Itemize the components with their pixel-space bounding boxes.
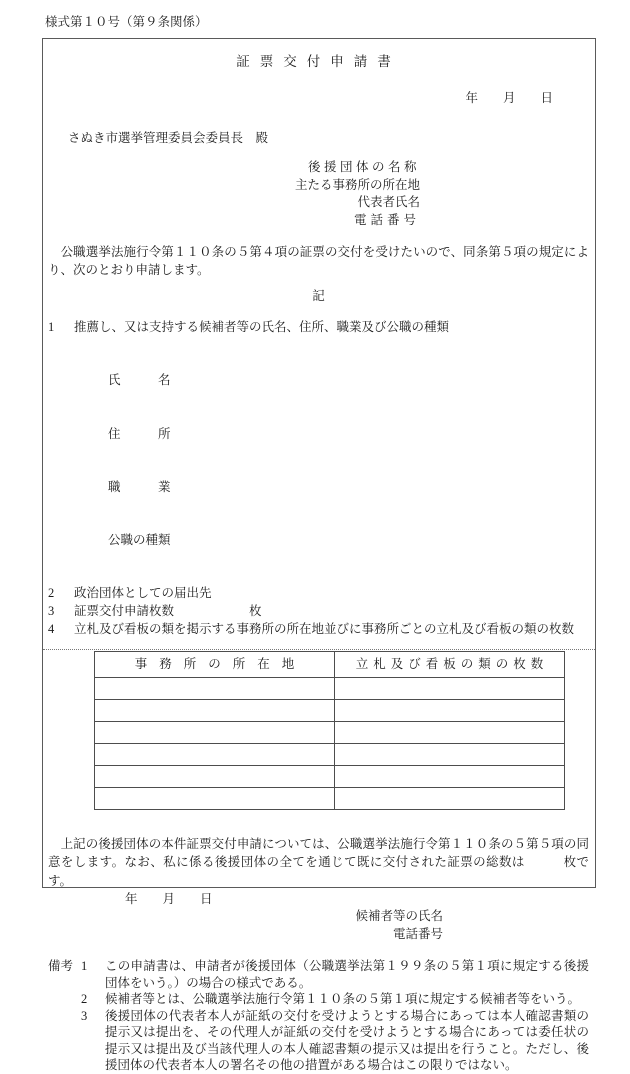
consent-section: 上記の後援団体の本件証票交付申請については、公職選挙法施行令第１１０条の５第５項… bbox=[48, 835, 589, 944]
list-item-text: 政治団体としての届出先 bbox=[74, 585, 589, 603]
remark-item: 2 候補者等とは、公職選挙法施行令第１１０条の５第１項に規定する候補者等をいう。 bbox=[81, 991, 589, 1008]
table-empty-cell bbox=[95, 743, 335, 765]
consent-body: 上記の後援団体の本件証票交付申請については、公職選挙法施行令第１１０条の５第５項… bbox=[48, 835, 589, 891]
section-marker: 記 bbox=[48, 287, 589, 305]
table-empty-row bbox=[95, 787, 565, 809]
applicant-block: 後援団体の名称 主たる事務所の所在地 代表者氏名 電話番号 bbox=[48, 159, 420, 229]
list-item-text: 立札及び看板の類を掲示する事務所の所在地並びに事務所ごとの立札及び看板の類の枚数 bbox=[74, 621, 589, 639]
list-item: 1 推薦し、又は支持する候補者等の氏名、住所、職業及び公職の種類 bbox=[48, 319, 589, 337]
list-item-number: 3 bbox=[48, 603, 74, 621]
list-item-number: 1 bbox=[48, 319, 74, 337]
document-sheet: 証票交付申請書 年 月 日 さぬき市選挙管理委員会委員長 殿 後援団体の名称 主… bbox=[42, 38, 596, 888]
table-header-office: 事務所の所在地 bbox=[95, 651, 335, 677]
name-label: 氏 名 bbox=[108, 372, 589, 390]
address-label: 住 所 bbox=[108, 426, 589, 444]
candidate-name-label: 候補者等の氏名 bbox=[48, 908, 443, 926]
table-empty-cell bbox=[95, 765, 335, 787]
applicant-phone-label: 電話番号 bbox=[48, 212, 420, 230]
list-item: 4 立札及び看板の類を掲示する事務所の所在地並びに事務所ごとの立札及び看板の類の… bbox=[48, 621, 589, 639]
signboard-table-body bbox=[95, 677, 565, 809]
table-header-count: 立札及び看板の類の枚数 bbox=[335, 651, 565, 677]
table-empty-row bbox=[95, 765, 565, 787]
remark-number: 1 bbox=[81, 958, 105, 991]
list-item-text: 証票交付申請枚数 枚 bbox=[74, 603, 589, 621]
table-empty-cell bbox=[335, 721, 565, 743]
group-name-label: 後援団体の名称 bbox=[48, 159, 420, 177]
table-empty-cell bbox=[95, 787, 335, 809]
remarks-label: 備考 bbox=[48, 958, 81, 1074]
public-office-label: 公職の種類 bbox=[108, 532, 589, 550]
dashed-divider bbox=[43, 649, 595, 650]
remark-text: この申請書は、申請者が後援団体（公職選挙法第１９９条の５第１項に規定する後援団体… bbox=[105, 958, 589, 991]
table-empty-cell bbox=[335, 743, 565, 765]
remark-text: 候補者等とは、公職選挙法施行令第１１０条の５第１項に規定する候補者等をいう。 bbox=[105, 991, 589, 1008]
remarks-section: 備考 1 この申請書は、申請者が後援団体（公職選挙法第１９９条の５第１項に規定す… bbox=[48, 958, 589, 1074]
table-empty-cell bbox=[335, 699, 565, 721]
table-empty-row bbox=[95, 699, 565, 721]
list-item-number: 2 bbox=[48, 585, 74, 603]
consent-sign-block: 候補者等の氏名 電話番号 bbox=[48, 908, 443, 943]
remark-text: 後援団体の代表者本人が証紙の交付を受けようとする場合にあっては本人確認書類の提示… bbox=[105, 1008, 589, 1074]
table-empty-row bbox=[95, 743, 565, 765]
candidate-sub-labels: 氏 名 住 所 職 業 公職の種類 bbox=[108, 337, 589, 586]
document-title: 証票交付申請書 bbox=[48, 53, 589, 71]
remark-item: 1 この申請書は、申請者が後援団体（公職選挙法第１９９条の５第１項に規定する後援… bbox=[81, 958, 589, 991]
remark-number: 3 bbox=[81, 1008, 105, 1074]
remark-item: 3 後援団体の代表者本人が証紙の交付を受けようとする場合にあっては本人確認書類の… bbox=[81, 1008, 589, 1074]
table-empty-cell bbox=[95, 677, 335, 699]
remark-number: 2 bbox=[81, 991, 105, 1008]
list-item: 2 政治団体としての届出先 bbox=[48, 585, 589, 603]
date-line: 年 月 日 bbox=[48, 89, 553, 107]
consent-phone-label: 電話番号 bbox=[48, 926, 443, 944]
signboard-table: 事務所の所在地 立札及び看板の類の枚数 bbox=[94, 651, 565, 810]
list-item-text: 推薦し、又は支持する候補者等の氏名、住所、職業及び公職の種類 bbox=[74, 319, 589, 337]
representative-label: 代表者氏名 bbox=[48, 194, 420, 212]
table-empty-cell bbox=[335, 677, 565, 699]
application-items: 1 推薦し、又は支持する候補者等の氏名、住所、職業及び公職の種類 氏 名 住 所… bbox=[48, 319, 589, 639]
table-empty-cell bbox=[95, 699, 335, 721]
table-empty-row bbox=[95, 721, 565, 743]
occupation-label: 職 業 bbox=[108, 479, 589, 497]
consent-date-line: 年 月 日 bbox=[48, 890, 589, 908]
list-item: 3 証票交付申請枚数 枚 bbox=[48, 603, 589, 621]
table-header-row: 事務所の所在地 立札及び看板の類の枚数 bbox=[95, 651, 565, 677]
application-body: 公職選挙法施行令第１１０条の５第４項の証票の交付を受けたいので、同条第５項の規定… bbox=[48, 243, 589, 279]
form-label: 様式第１０号（第９条関係） bbox=[45, 13, 208, 31]
table-empty-cell bbox=[335, 787, 565, 809]
addressee: さぬき市選挙管理委員会委員長 殿 bbox=[48, 129, 589, 147]
table-empty-row bbox=[95, 677, 565, 699]
remark-items: 1 この申請書は、申請者が後援団体（公職選挙法第１９９条の５第１項に規定する後援… bbox=[81, 958, 589, 1074]
table-empty-cell bbox=[335, 765, 565, 787]
office-address-label: 主たる事務所の所在地 bbox=[48, 177, 420, 195]
table-empty-cell bbox=[95, 721, 335, 743]
list-item-number: 4 bbox=[48, 621, 74, 639]
